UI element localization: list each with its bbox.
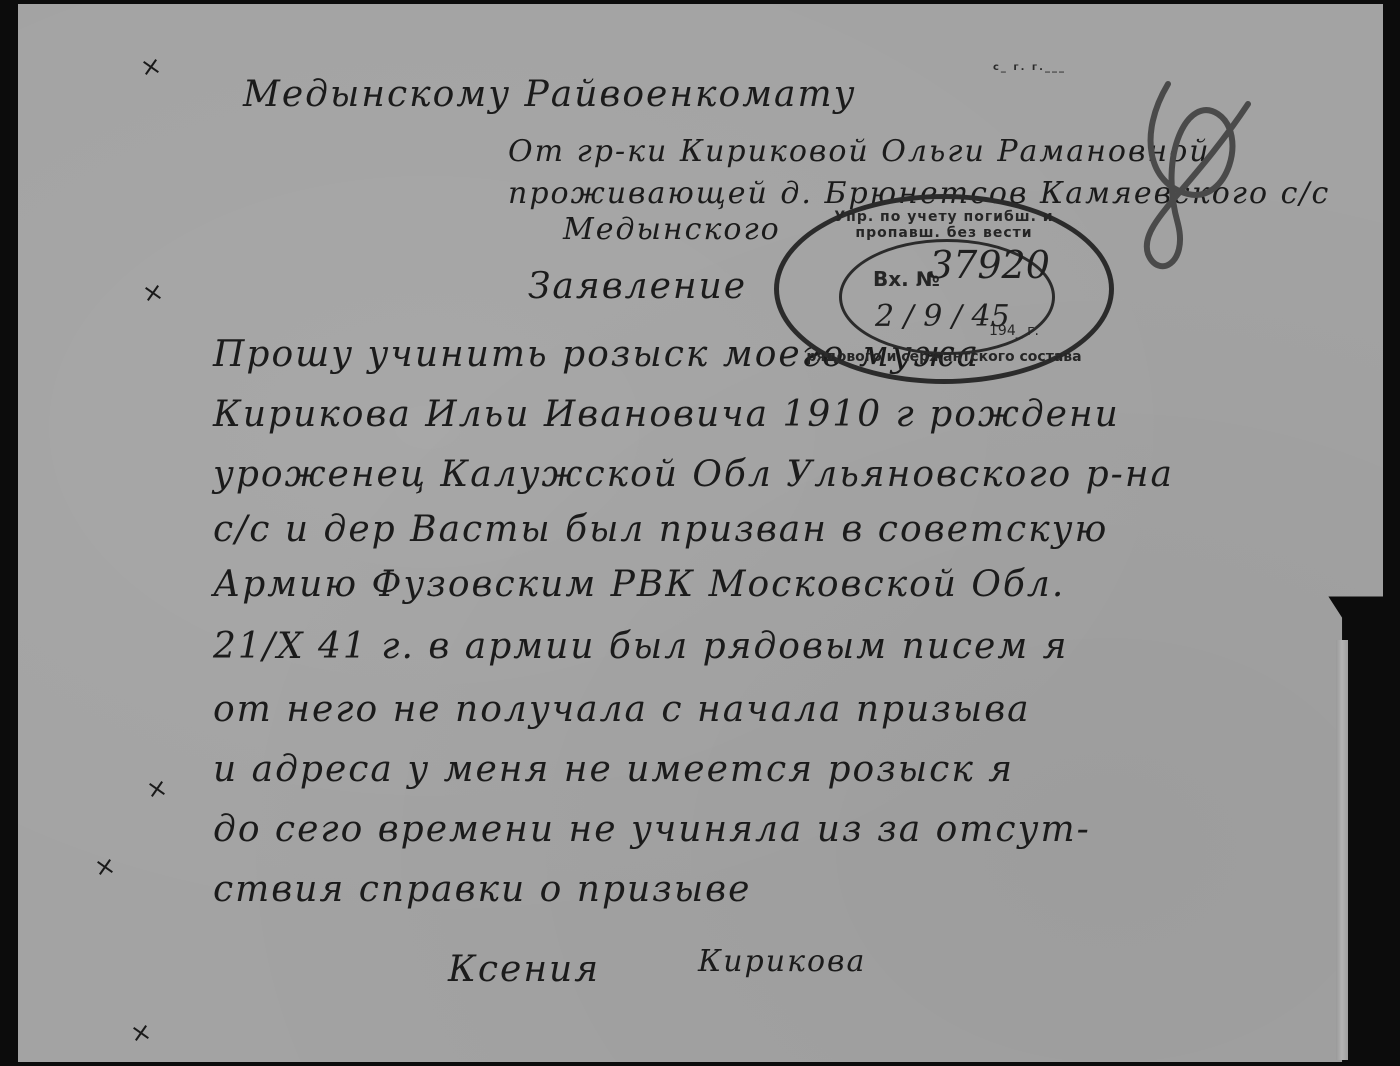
body-line: и адреса у меня не имеется розыск я: [213, 749, 1014, 790]
body-line: ствия справки о призыве: [213, 869, 751, 910]
stamp-outer-text-top: Упр. по учету погибш. и пропавш. без вес…: [799, 209, 1089, 241]
from-line: От гр-ки Кириковой Ольги Рамановной: [508, 134, 1211, 169]
punch-hole-icon: [94, 856, 116, 878]
document-paper: с_ г. г.___ Медынскому Райвоенкомату От …: [18, 4, 1383, 1062]
punch-hole-icon: [142, 282, 164, 304]
body-line: от него не получала с начала призыва: [213, 689, 1031, 730]
body-line: с/с и дер Васты был призван в советскую: [213, 509, 1108, 550]
signature-surname: Кирикова: [698, 944, 866, 979]
punch-hole-icon: [146, 778, 168, 800]
registration-stamp: Упр. по учету погибш. и пропавш. без вес…: [774, 194, 1114, 384]
punch-hole-icon: [130, 1022, 152, 1044]
residence-line-2: Медынского: [563, 212, 781, 247]
body-line: Армию Фузовским РВК Московской Обл.: [213, 564, 1065, 605]
paper-fold-edge: [1336, 640, 1348, 1060]
body-line: уроженец Калужской Обл Ульяновского р-на: [213, 454, 1174, 495]
punch-hole-icon: [140, 56, 162, 78]
body-line: до сего времени не учиняла из за отсут-: [213, 809, 1091, 850]
body-line: Кирикова Ильи Ивановича 1910 г рождени: [213, 394, 1120, 435]
resolution-pencil-mark-icon: [1128, 74, 1268, 284]
stamp-year: 194_ г.: [989, 323, 1039, 339]
body-line: 21/X 41 г. в армии был рядовым писем я: [213, 626, 1068, 667]
document-title: Заявление: [528, 266, 747, 307]
addressee: Медынскому Райвоенкомату: [243, 74, 857, 115]
printed-corner-mark: с_ г. г.___: [993, 62, 1066, 73]
stamp-incoming-number: 37920: [929, 243, 1050, 287]
stamp-outer-text-bottom: рядового и сержантского состава: [799, 349, 1089, 365]
signature-first-name: Ксения: [448, 949, 600, 990]
